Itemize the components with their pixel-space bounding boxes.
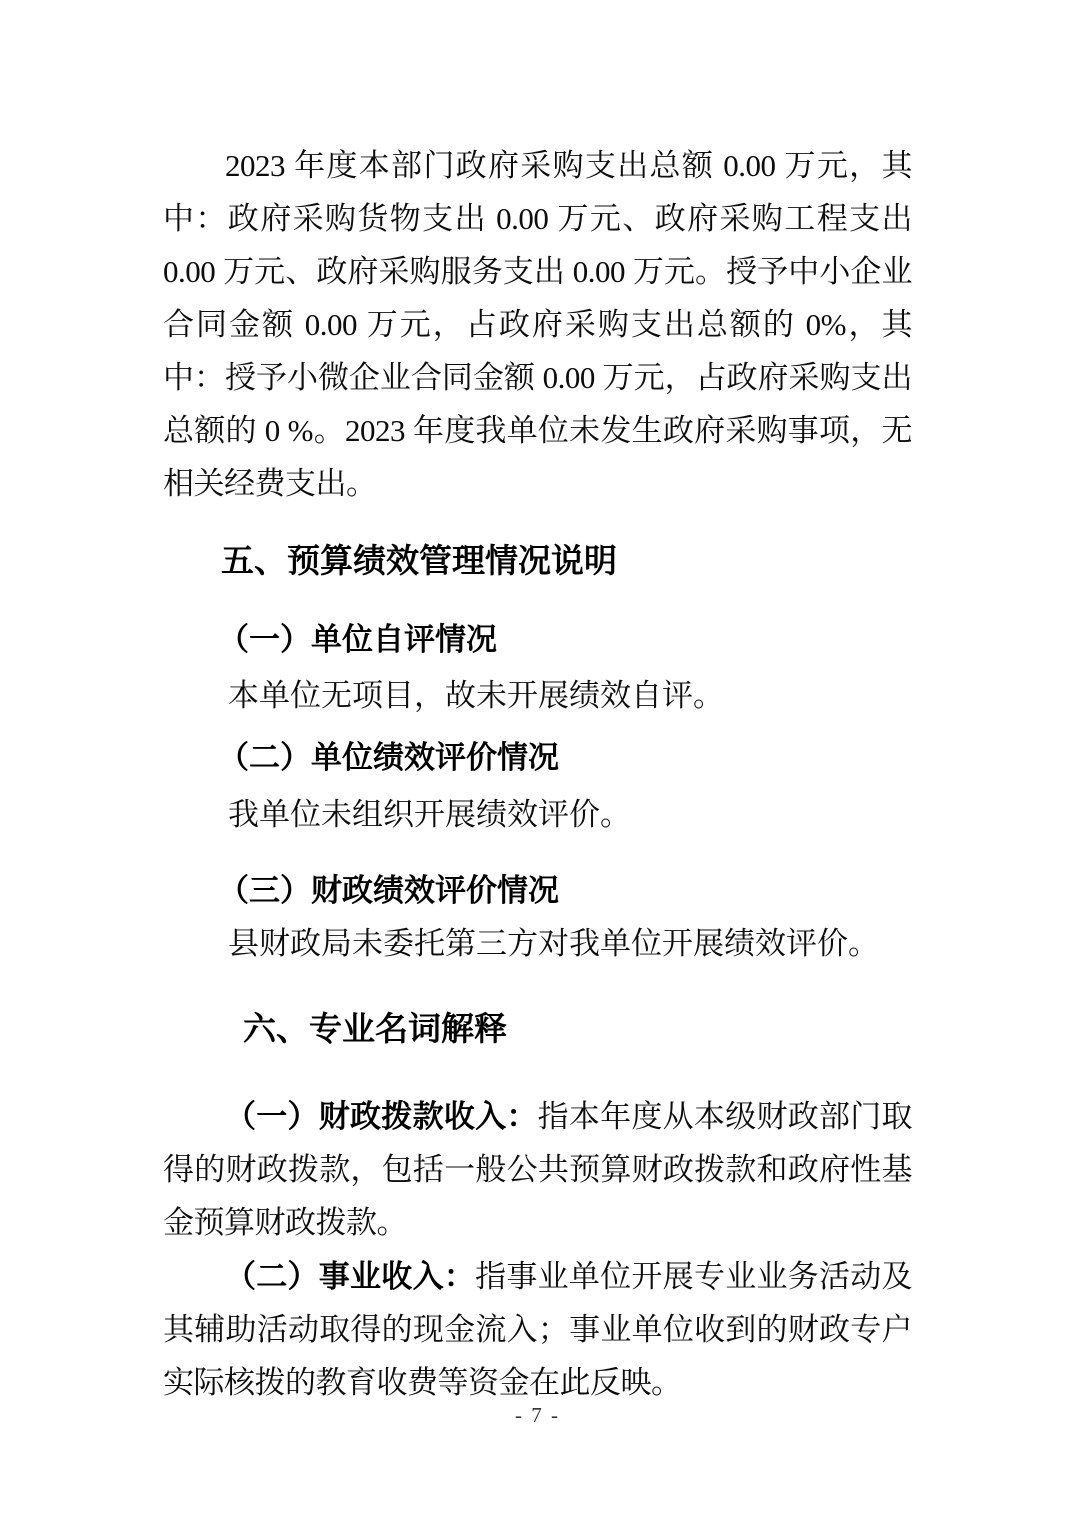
- text-unit-self-evaluation: 本单位无项目，故未开展绩效自评。: [163, 669, 912, 722]
- document-page: 2023 年度本部门政府采购支出总额 0.00 万元，其中：政府采购货物支出 0…: [0, 0, 1075, 1520]
- page-number: - 7 -: [515, 1403, 560, 1427]
- definition-fiscal-appropriation-income: （一）财政拨款收入：指本年度从本级财政部门取得的财政拨款，包括一般公共预算财政拨…: [163, 1090, 912, 1249]
- document-content: 2023 年度本部门政府采购支出总额 0.00 万元，其中：政府采购货物支出 0…: [0, 139, 1075, 1409]
- subheading-unit-self-evaluation: （一）单位自评情况: [163, 613, 912, 666]
- text-unit-performance-evaluation: 我单位未组织开展绩效评价。: [163, 788, 912, 841]
- subheading-fiscal-performance-evaluation: （三）财政绩效评价情况: [163, 864, 912, 917]
- subheading-unit-performance-evaluation: （二）单位绩效评价情况: [163, 731, 912, 784]
- page-footer: - 7 -: [0, 1402, 1075, 1428]
- paragraph-government-procurement: 2023 年度本部门政府采购支出总额 0.00 万元，其中：政府采购货物支出 0…: [163, 139, 912, 510]
- definition-term-fiscal-appropriation: （一）财政拨款收入：: [225, 1099, 538, 1134]
- heading-section-six-terminology: 六、专业名词解释: [243, 1002, 912, 1055]
- definition-term-business-income: （二）事业收入：: [225, 1259, 475, 1294]
- heading-section-five-budget-performance: 五、预算绩效管理情况说明: [221, 534, 912, 587]
- definition-business-income: （二）事业收入：指事业单位开展专业业务活动及其辅助活动取得的现金流入；事业单位收…: [163, 1250, 912, 1409]
- text-fiscal-performance-evaluation: 县财政局未委托第三方对我单位开展绩效评价。: [163, 917, 912, 970]
